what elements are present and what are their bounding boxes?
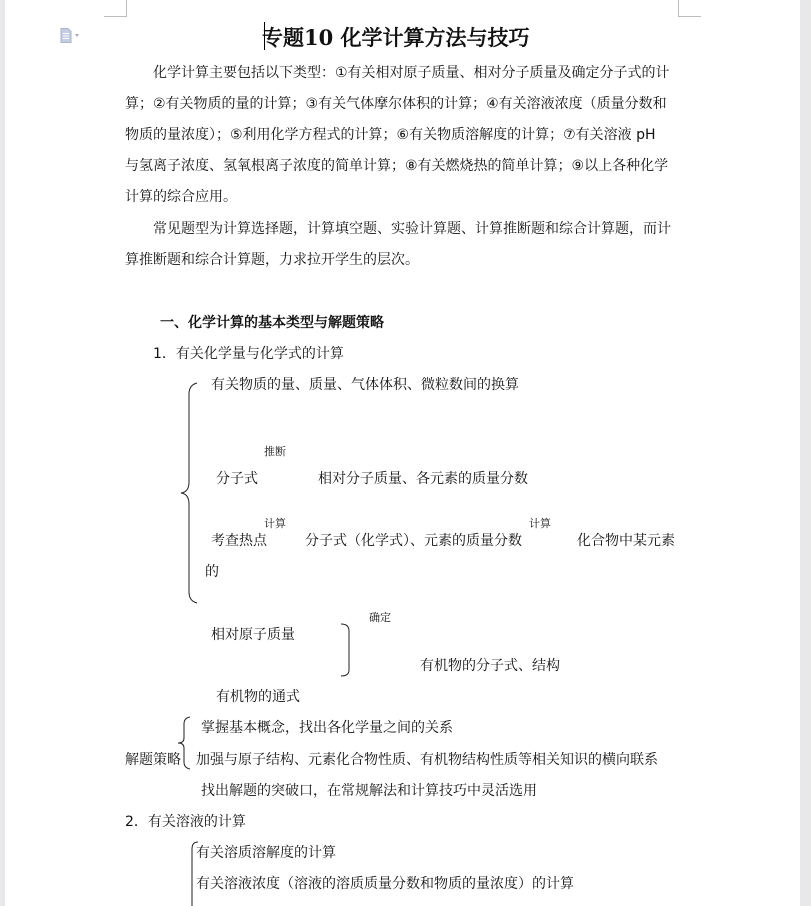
- diagram-item[interactable]: 分子式（化学式）、元素的质量分数: [305, 533, 522, 549]
- strategy-item[interactable]: 找出解题的突破口，在常规解法和计算技巧中灵活选用: [201, 783, 537, 799]
- subsection-heading[interactable]: 2．有关溶液的计算: [125, 814, 246, 830]
- diagram-item[interactable]: 相对分子质量、各元素的质量分数: [318, 471, 528, 487]
- subsection-heading[interactable]: 1．有关化学量与化学式的计算: [153, 346, 344, 362]
- arrow-label: 计算: [529, 516, 551, 532]
- intro-line[interactable]: 与氢离子浓度、氢氧根离子浓度的简单计算；⑧有关燃烧热的简单计算；⑨以上各种化学: [125, 158, 668, 174]
- para2-line[interactable]: 常见题型为计算选择题，计算填空题、实验计算题、计算推断题和综合计算题，而计: [153, 221, 671, 237]
- diagram-item[interactable]: 化合物中某元素: [577, 533, 675, 549]
- strategy-item[interactable]: 加强与原子结构、元素化合物性质、有机物结构性质等相关知识的横向联系: [196, 752, 658, 768]
- diagram-item[interactable]: 有关溶液浓度（溶液的溶质质量分数和物质的量浓度）的计算: [196, 876, 574, 892]
- right-bracket-icon: [340, 623, 354, 678]
- intro-line[interactable]: 计算的综合应用。: [125, 189, 237, 205]
- diagram-item[interactable]: 有关溶质溶解度的计算: [196, 845, 336, 861]
- paragraph-options-button[interactable]: [60, 27, 82, 43]
- para2-line[interactable]: 算推断题和综合计算题，力求拉开学生的层次。: [125, 252, 419, 268]
- margin-corner-top-left: [104, 0, 127, 17]
- chevron-down-icon: [75, 34, 79, 37]
- arrow-label: 确定: [369, 610, 391, 626]
- diagram-item[interactable]: 分子式: [216, 471, 258, 487]
- document-title[interactable]: 专题10 化学计算方法与技巧: [262, 24, 530, 52]
- intro-line[interactable]: 算；②有关物质的量的计算；③有关气体摩尔体积的计算；④有关溶液浓度（质量分数和: [125, 96, 667, 112]
- arrow-label: 推断: [264, 444, 286, 460]
- diagram-item[interactable]: 有机物的分子式、结构: [420, 658, 560, 674]
- diagram-item[interactable]: 有机物的通式: [216, 689, 300, 705]
- diagram-item[interactable]: 考查热点: [211, 533, 267, 549]
- document-page[interactable]: 专题10 化学计算方法与技巧 化学计算主要包括以下类型：①有关相对原子质量、相对…: [5, 0, 800, 906]
- section-heading[interactable]: 一、化学计算的基本类型与解题策略: [160, 315, 384, 331]
- intro-line[interactable]: 物质的量浓度）；⑤利用化学方程式的计算；⑥有关物质溶解度的计算；⑦有关溶液 pH: [125, 127, 656, 143]
- arrow-label: 计算: [264, 516, 286, 532]
- diagram-item[interactable]: 的: [205, 564, 219, 580]
- margin-corner-top-right: [678, 0, 701, 17]
- diagram-item[interactable]: 相对原子质量: [211, 627, 295, 643]
- document-icon: [60, 28, 72, 43]
- strategy-label[interactable]: 解题策略: [125, 752, 181, 768]
- left-brace-icon: [179, 382, 199, 604]
- intro-line[interactable]: 化学计算主要包括以下类型：①有关相对原子质量、相对分子质量及确定分子式的计: [153, 65, 670, 81]
- strategy-item[interactable]: 掌握基本概念，找出各化学量之间的关系: [201, 720, 453, 736]
- diagram-item[interactable]: 有关物质的量、质量、气体体积、微粒数间的换算: [211, 377, 519, 393]
